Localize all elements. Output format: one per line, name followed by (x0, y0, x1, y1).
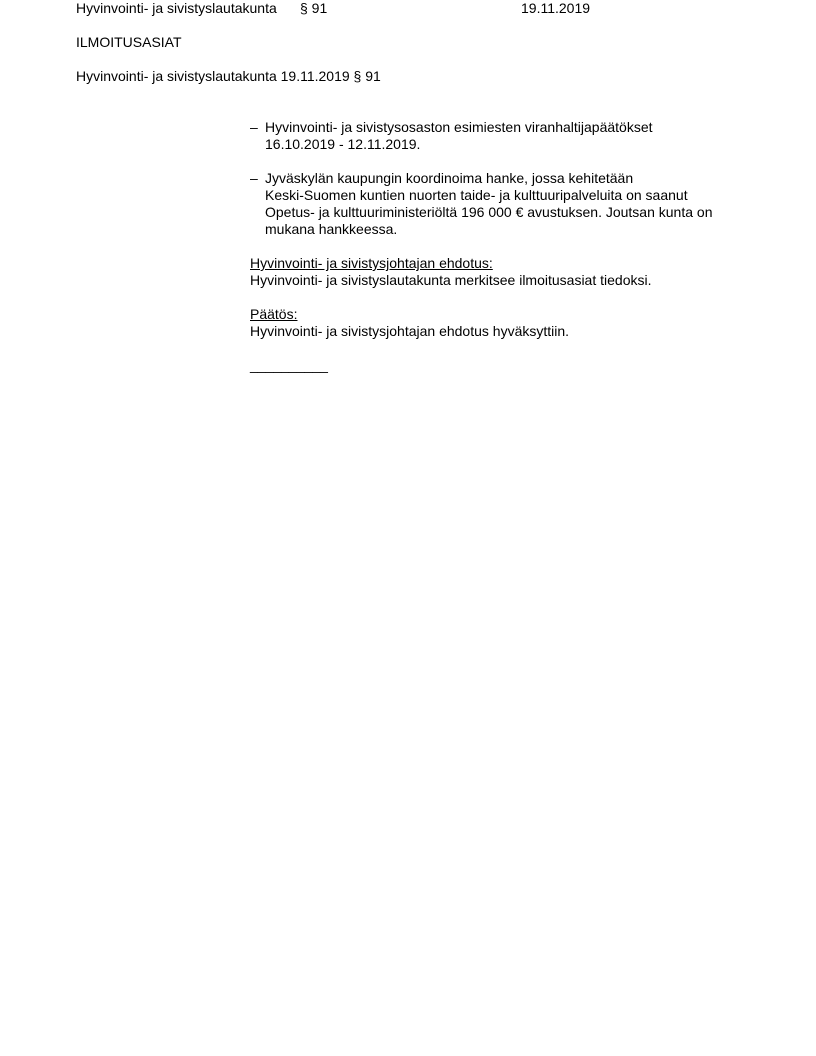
document-subtitle: Hyvinvointi- ja sivistyslautakunta 19.11… (76, 68, 381, 85)
dash-bullet-icon: – (250, 170, 258, 187)
header-paragraph: § 91 (300, 0, 327, 17)
list-item-line: Opetus- ja kulttuuriministeriöltä 196 00… (265, 204, 750, 221)
dash-bullet-icon: – (250, 119, 258, 136)
list-item-line: 16.10.2019 - 12.11.2019. (265, 136, 750, 153)
list-item-text: Hyvinvointi- ja sivistysosaston esimiest… (265, 119, 750, 153)
list-item-line: Jyväskylän kaupungin koordinoima hanke, … (265, 170, 750, 187)
list-item-line: Keski-Suomen kuntien nuorten taide- ja k… (265, 187, 750, 204)
document-title: ILMOITUSASIAT (76, 34, 182, 51)
proposal-heading: Hyvinvointi- ja sivistysjohtajan ehdotus… (250, 255, 651, 272)
header-committee: Hyvinvointi- ja sivistyslautakunta (76, 0, 277, 17)
proposal-body: Hyvinvointi- ja sivistyslautakunta merki… (250, 272, 651, 289)
signature-line: __________ (250, 357, 328, 374)
list-item-text: Jyväskylän kaupungin koordinoima hanke, … (265, 170, 750, 238)
proposal-section: Hyvinvointi- ja sivistysjohtajan ehdotus… (250, 255, 651, 289)
list-item-line: mukana hankkeessa. (265, 221, 750, 238)
decision-heading: Päätös: (250, 306, 569, 323)
list-item-line: Hyvinvointi- ja sivistysosaston esimiest… (265, 119, 750, 136)
decision-section: Päätös: Hyvinvointi- ja sivistysjohtajan… (250, 306, 569, 340)
decision-body: Hyvinvointi- ja sivistysjohtajan ehdotus… (250, 323, 569, 340)
header-date: 19.11.2019 (521, 0, 590, 17)
